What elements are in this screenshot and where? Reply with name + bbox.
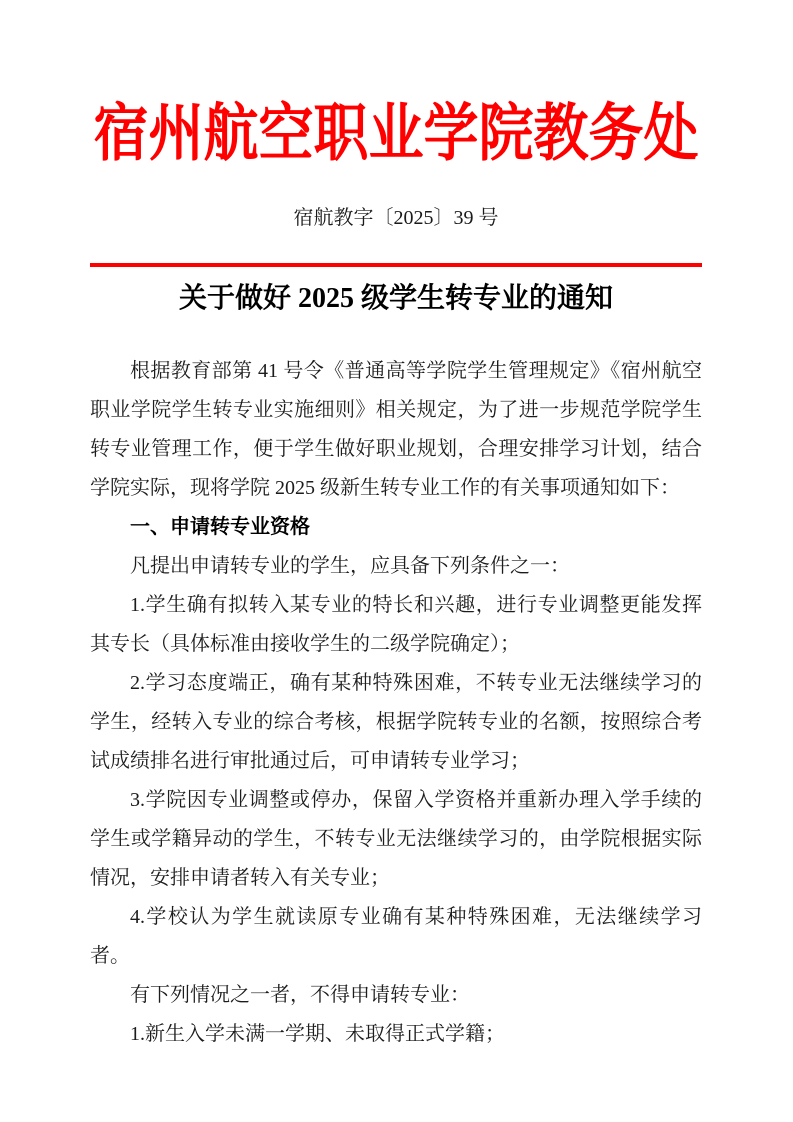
doc-number: 宿航教字〔2025〕39 号 [90, 204, 702, 232]
paragraph: 凡提出申请转专业的学生，应具备下列条件之一： [90, 547, 702, 586]
paragraph: 1.新生入学未满一学期、未取得正式学籍； [90, 1015, 702, 1054]
red-divider [90, 263, 702, 267]
paragraph: 根据教育部第 41 号令《普通高等学院学生管理规定》《宿州航空职业学院学生转专业… [90, 352, 702, 508]
org-title: 宿州航空职业学院教务处 [90, 102, 702, 173]
paragraph: 3.学院因专业调整或停办，保留入学资格并重新办理入学手续的学生或学籍异动的学生，… [90, 781, 702, 898]
paragraph: 2.学习态度端正，确有某种特殊困难，不转专业无法继续学习的学生，经转入专业的综合… [90, 664, 702, 781]
paragraph: 1.学生确有拟转入某专业的特长和兴趣，进行专业调整更能发挥其专长（具体标准由接收… [90, 586, 702, 664]
document-body: 根据教育部第 41 号令《普通高等学院学生管理规定》《宿州航空职业学院学生转专业… [90, 352, 702, 1054]
section-heading: 一、申请转专业资格 [90, 508, 702, 547]
paragraph: 4.学校认为学生就读原专业确有某种特殊困难，无法继续学习者。 [90, 898, 702, 976]
notice-title: 关于做好 2025 级学生转专业的通知 [90, 280, 702, 318]
paragraph: 有下列情况之一者，不得申请转专业： [90, 976, 702, 1015]
document-page: 宿州航空职业学院教务处 宿航教字〔2025〕39 号 关于做好 2025 级学生… [0, 0, 793, 1122]
